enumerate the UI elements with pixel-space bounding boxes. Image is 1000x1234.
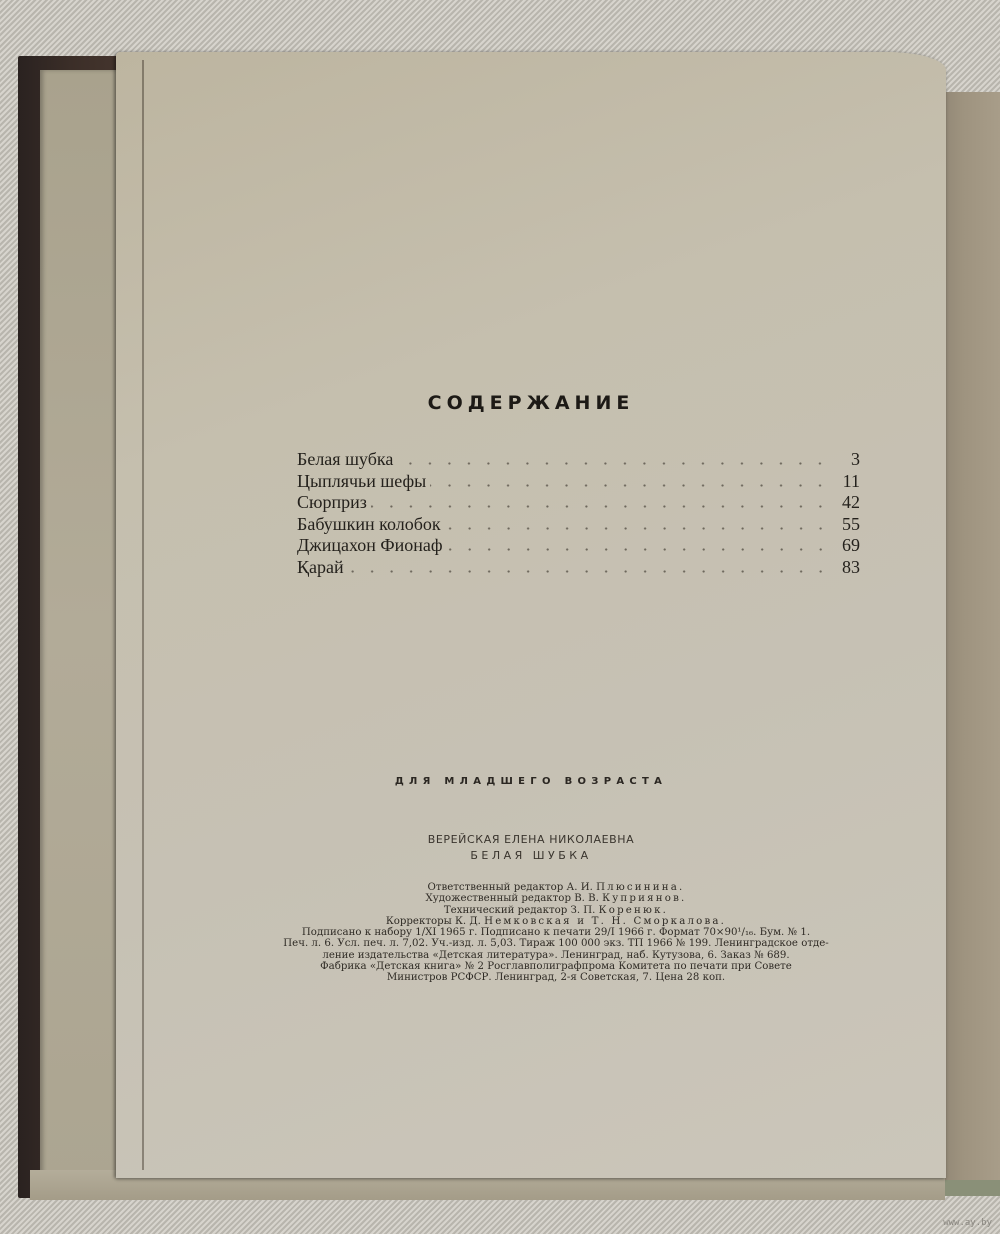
dot-leader [447, 548, 830, 551]
endpaper-right [938, 92, 1000, 1192]
toc-entry: Қарай 83 [297, 557, 860, 579]
dot-leader [397, 462, 830, 465]
imprint-proofreaders: Корректоры К. Д. Немковская и Т. Н. Смор… [226, 916, 886, 927]
cover-edge-right [945, 1180, 1000, 1196]
toc-entry-page: 3 [830, 449, 860, 471]
toc-entry-title: Сюрприз [297, 492, 371, 514]
imprint-line: ление издательства «Детская литература».… [226, 950, 886, 961]
imprint-line: Печ. л. 6. Усл. печ. л. 7,02. Уч.-изд. л… [226, 938, 886, 949]
toc-entry: Бабушкин колобок 55 [297, 514, 860, 536]
table-of-contents: Белая шубка 3 Цыплячьи шефы 11 Сюрприз 4… [297, 449, 860, 578]
toc-entry-title: Цыплячьи шефы [297, 471, 430, 493]
toc-entry-page: 11 [830, 471, 860, 493]
toc-entry: Джицахон Фионаф 69 [297, 535, 860, 557]
book-title: БЕЛАЯ ШУБКА [116, 849, 946, 862]
toc-entry-title: Джицахон Фионаф [297, 535, 447, 557]
toc-entry-page: 83 [830, 557, 860, 579]
imprint-block: Ответственный редактор А. И. Плюсинина. … [226, 882, 886, 984]
toc-entry-title: Бабушкин колобок [297, 514, 445, 536]
imprint-tech-editor: Технический редактор З. П. Коренюк. [226, 905, 886, 916]
dot-leader [371, 505, 830, 508]
author-name: ВЕРЕЙСКАЯ ЕЛЕНА НИКОЛАЕВНА [116, 833, 946, 846]
dot-leader [348, 570, 830, 573]
contents-heading: СОДЕРЖАНИЕ [116, 392, 946, 414]
dot-leader [430, 484, 830, 487]
imprint-editor: Ответственный редактор А. И. Плюсинина. [226, 882, 886, 893]
toc-entry: Белая шубка 3 [297, 449, 860, 471]
age-note: ДЛЯ МЛАДШЕГО ВОЗРАСТА [116, 776, 946, 787]
toc-entry-page: 55 [830, 514, 860, 536]
imprint-art-editor: Художественный редактор В. В. Куприянов. [226, 893, 886, 904]
toc-entry-page: 69 [830, 535, 860, 557]
toc-entry: Сюрприз 42 [297, 492, 860, 514]
toc-entry: Цыплячьи шефы 11 [297, 471, 860, 493]
watermark: www.ay.by [943, 1218, 992, 1228]
toc-entry-page: 42 [830, 492, 860, 514]
book-page: СОДЕРЖАНИЕ Белая шубка 3 Цыплячьи шефы 1… [116, 52, 946, 1178]
toc-entry-title: Қарай [297, 557, 348, 579]
imprint-line: Фабрика «Детская книга» № 2 Росглавполиг… [226, 961, 886, 972]
dot-leader [445, 527, 830, 530]
page-gutter-line [142, 60, 144, 1170]
imprint-line: Подписано к набору 1/XI 1965 г. Подписан… [226, 927, 886, 938]
imprint-line: Министров РСФСР. Ленинград, 2-я Советска… [226, 972, 886, 983]
toc-entry-title: Белая шубка [297, 449, 397, 471]
